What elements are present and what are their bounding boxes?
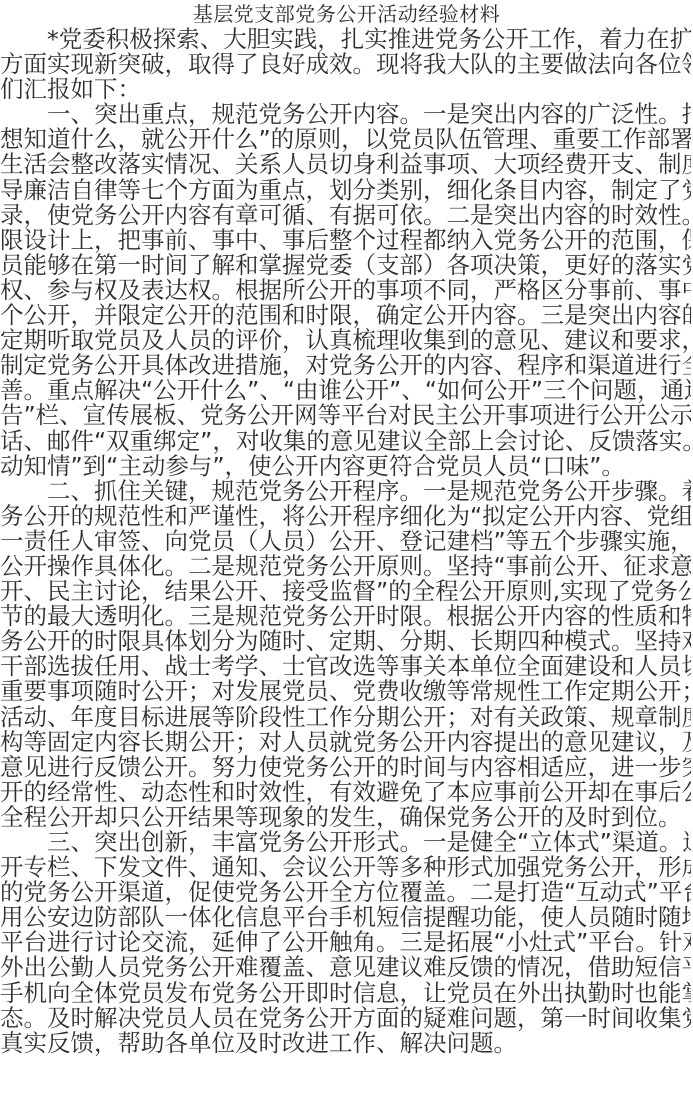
text-line: 真实反馈，帮助各单位及时改进工作、解决问题。 <box>0 1031 691 1056</box>
section-2-heading-line: 二、抓住关键，规范党务公开程序。一是规范党务公开步骤。着力提高党 <box>0 479 691 504</box>
text-line: 生活会整改落实情况、关系人员切身利益事项、大项经费开支、制度建设、领 <box>0 152 691 177</box>
text-line: 善。重点解决“公开什么”、“由谁公开”、“如何公开”三个问题，通过“公示公 <box>0 378 691 403</box>
text-line: 导廉洁自律等七个方面为重点，划分类别，细化条目内容，制定了党务公开目 <box>0 178 691 203</box>
text-line: 开、民主讨论，结果公开、接受监督”的全程公开原则,实现了党务公开每个环 <box>0 579 691 604</box>
document-body: *党委积极探索、大胆实践，扎实推进党务公开工作，着力在扩大党内民主 方面实现新突… <box>0 27 693 1056</box>
text-line: 重要事项随时公开；对发展党员、党费收缴等常规性工作定期公开；对党组织 <box>0 679 691 704</box>
text-line: 用公安边防部队一体化信息平台手机短信提醒功能，使人员随时随地通过网络 <box>0 905 691 930</box>
text-line: 态。及时解决党员人员在党务公开方面的疑难问题，第一时间收集党员人员的 <box>0 1006 691 1031</box>
section-1-heading-line: 一、突出重点，规范党务公开内容。一是突出内容的广泛性。把握“人员最 <box>0 102 691 127</box>
text-line: 动知情”到“主动参与”，使公开内容更符合党员人员“口味”。 <box>0 454 691 479</box>
text-line: 外出公勤人员党务公开难覆盖、意见建议难反馈的情况，借助短信平台，通过 <box>0 955 691 980</box>
text-line: 想知道什么，就公开什么”的原则，以党员队伍管理、重要工作部署落实、民主 <box>0 127 691 152</box>
text-line: 节的最大透明化。三是规范党务公开时限。根据公开内容的性质和特点，将党 <box>0 604 691 629</box>
text-line: 制定党务公开具体改进措施，对党务公开的内容、程序和渠道进行全面细化完 <box>0 353 691 378</box>
text-line: 干部选拔任用、战士考学、士官改选等事关本单位全面建设和人员切身利益的 <box>0 654 691 679</box>
text-line: 务公开的时限具体划分为随时、定期、分期、长期四种模式。坚持对重大决策 <box>0 629 691 654</box>
text-line: 手机向全体党员发布党务公开即时信息，让党员在外出执勤时也能掌握最新动 <box>0 981 691 1006</box>
text-line: 开的经常性、动态性和时效性，有效避免了本应事前公开却在事后公开、本应 <box>0 780 691 805</box>
text-line: *党委积极探索、大胆实践，扎实推进党务公开工作，着力在扩大党内民主 <box>0 27 691 52</box>
text-line: 限设计上，把事前、事中、事后整个过程都纳入党务公开的范围，保证党员人 <box>0 228 691 253</box>
text-line: 员能够在第一时间了解和掌握党委（支部）各项决策，更好的落实党员的知情 <box>0 253 691 278</box>
text-line: 活动、年度目标进展等阶段性工作分期公开；对有关政策、规章制度、组织机 <box>0 705 691 730</box>
text-line: 意见进行反馈公开。努力使党务公开的时间与内容相适应，进一步突出党务公 <box>0 755 691 780</box>
text-line: 定期听取党员及人员的评价，认真梳理收集到的意见、建议和要求，及时研究 <box>0 328 691 353</box>
document-title: 基层党支部党务公开活动经验材料 <box>0 2 693 27</box>
text-line: 权、参与权及表达权。根据所公开的事项不同，严格区分事前、事中、事后三 <box>0 278 691 303</box>
text-line: 平台进行讨论交流，延伸了公开触角。三是拓展“小灶式”平台。针对流动党员 <box>0 930 691 955</box>
text-line: 开专栏、下发文件、通知、会议公开等多种形式加强党务公开，形成“立体式” <box>0 855 691 880</box>
text-line: 务公开的规范性和严谨性，将公开程序细化为“拟定公开内容、党组织审定、第 <box>0 504 691 529</box>
text-line: 构等固定内容长期公开；对人员就党务公开内容提出的意见建议，及时将处理 <box>0 730 691 755</box>
text-line: 们汇报如下： <box>0 77 691 102</box>
text-line: 录，使党务公开内容有章可循、有据可依。二是突出内容的时效性。在公开时 <box>0 203 691 228</box>
text-line: 全程公开却只公开结果等现象的发生，确保党务公开的及时到位。 <box>0 805 691 830</box>
section-3-heading-line: 三、突出创新，丰富党务公开形式。一是健全“立体式”渠道。通过党务公 <box>0 830 691 855</box>
text-line: 话、邮件“双重绑定”，对收集的意见建议全部上会讨论、反馈落实。通过由“被 <box>0 429 691 454</box>
text-line: 的党务公开渠道，促使党务公开全方位覆盖。二是打造“互动式”平台。充分利 <box>0 880 691 905</box>
text-line: 一责任人审签、向党员（人员）公开、登记建档”等五个步骤实施，实现了党务 <box>0 529 691 554</box>
text-line: 告”栏、宣传展板、党务公开网等平台对民主公开事项进行公开公示，并建立电 <box>0 403 691 428</box>
text-line: 方面实现新突破，取得了良好成效。现将我大队的主要做法向各位领导、同志 <box>0 52 691 77</box>
text-line: 公开操作具体化。二是规范党务公开原则。坚持“事前公开、征求意见，事中公 <box>0 554 691 579</box>
text-line: 个公开，并限定公开的范围和时限，确定公开内容。三是突出内容的针对性。 <box>0 303 691 328</box>
